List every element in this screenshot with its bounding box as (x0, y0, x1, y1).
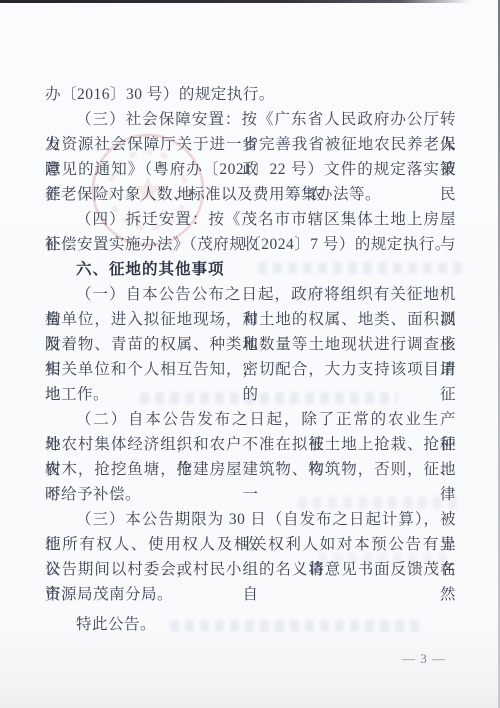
text-line: 地农村集体经济组织和农户不准在拟征土地上抢栽、抢种农作物、 (45, 432, 456, 457)
text-line: 公告期间以村委会或村民小组的名义将意见书面反馈茂名市自然 (45, 557, 456, 582)
text-line: （三）社会保障安置：按《广东省人民政府办公厅转发省人 (45, 107, 456, 132)
section-heading: 六、征地的其他事项 (45, 257, 456, 282)
text-line: 量单位，进入拟征地现场，对土地的权属、地类、面积以及地上 (45, 307, 456, 332)
scanned-document-page: 办〔2016〕30 号）的规定执行。 （三）社会保障安置：按《广东省人民政府办公… (0, 0, 500, 708)
text-line: （四）拆迁安置：按《茂名市市辖区集体土地上房屋征收与 (45, 207, 456, 232)
scan-edge-artifact-top (0, 0, 500, 3)
text-line: （三）本公告期限为 30 日（自发布之日起计算），被征收土 (45, 507, 456, 532)
page-number: — 3 — (396, 650, 452, 668)
text-line: 特此公告。 (45, 612, 456, 637)
text-line: 地所有权人、使用权人及相关权利人如对本预公告有异议，请在 (45, 532, 456, 557)
text-line: 意见的通知》（粤府办〔2021〕22 号）文件的规定落实被征地农民 (45, 157, 456, 182)
text-line: 力资源社会保障厅关于进一步完善我省被征地农民养老保障政策 (45, 132, 456, 157)
text-line: （二）自本公告发布之日起，除了正常的农业生产外，被征 (45, 407, 456, 432)
text-line: 相关单位和个人相互告知，密切配合，大力支持该项目用地的征 (45, 357, 456, 382)
text-line: 树木，抢挖鱼塘，抢建房屋建筑物、构筑物，否则，征地时一律 (45, 457, 456, 482)
text-line: （一）自本公告公布之日起，政府将组织有关征地机构和测 (45, 282, 456, 307)
text-line: 办〔2016〕30 号）的规定执行。 (45, 82, 456, 107)
document-body: 办〔2016〕30 号）的规定执行。 （三）社会保障安置：按《广东省人民政府办公… (45, 82, 456, 637)
text-line: 补偿安置实施办法》（茂府规〔2024〕7 号）的规定执行。 (45, 232, 456, 257)
text-line: 附着物、青苗的权属、种类和数量等土地现状进行调查核实，请 (45, 332, 456, 357)
